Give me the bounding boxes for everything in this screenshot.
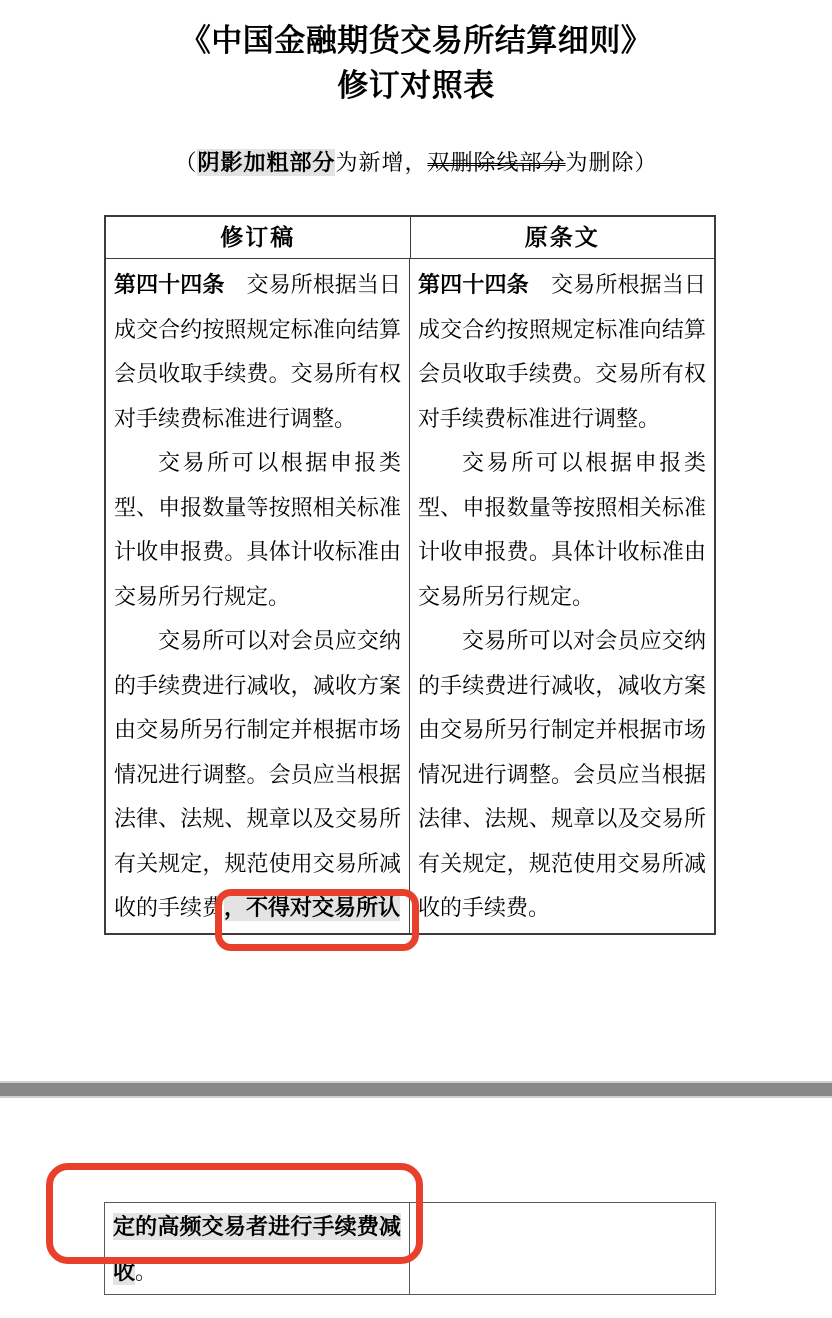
continuation-added-paragraph: 定的高频交易者进行手续费减收。 [113,1205,401,1294]
revised-paragraph-2: 交易所可以根据申报类型、申报数量等按照相关标准计收申报费。具体计收标准由交易所另… [114,441,401,619]
table-header-row: 修订稿 原条文 [106,217,714,259]
original-column-cell: 第四十四条 交易所根据当日成交合约按照规定标准向结算会员收取手续费。交易所有权对… [410,259,714,933]
revised-added-text-highlight: ，不得对交易所认 [224,894,400,921]
revised-paragraph-3: 交易所可以对会员应交纳的手续费进行减收，减收方案由交易所另行制定并根据市场情况进… [114,619,401,931]
doc-title: 《中国金融期货交易所结算细则》 修订对照表 [0,18,832,108]
revised-article-number: 第四十四条 [114,272,224,297]
revised-paragraph-1: 第四十四条 交易所根据当日成交合约按照规定标准向结算会员收取手续费。交易所有权对… [114,263,401,441]
legend-added-sample: 阴影加粗部分 [197,149,335,176]
document-page: 《中国金融期货交易所结算细则》 修订对照表 （阴影加粗部分为新增，双删除线部分为… [0,0,832,1318]
original-article-number: 第四十四条 [418,272,529,297]
original-paragraph-1: 第四十四条 交易所根据当日成交合约按照规定标准向结算会员收取手续费。交易所有权对… [418,263,706,441]
continuation-original-cell [410,1203,715,1294]
comparison-table: 修订稿 原条文 第四十四条 交易所根据当日成交合约按照规定标准向结算会员收取手续… [104,215,716,935]
continuation-table: 定的高频交易者进行手续费减收。 [104,1202,716,1295]
revised-paragraph-3-text: 交易所可以对会员应交纳的手续费进行减收，减收方案由交易所另行制定并根据市场情况进… [114,628,401,920]
legend-deleted-label: 为删除 [566,150,635,175]
legend-close-paren: ） [635,150,658,175]
doc-title-line1: 《中国金融期货交易所结算细则》 [0,18,832,63]
column-header-revised: 修订稿 [106,217,411,258]
legend-open-paren: （ [174,150,197,175]
revised-column-cell: 第四十四条 交易所根据当日成交合约按照规定标准向结算会员收取手续费。交易所有权对… [106,259,410,933]
table-body-row: 第四十四条 交易所根据当日成交合约按照规定标准向结算会员收取手续费。交易所有权对… [106,259,714,933]
continuation-revised-cell: 定的高频交易者进行手续费减收。 [105,1203,410,1294]
continuation-period: 。 [135,1259,157,1284]
doc-title-line2: 修订对照表 [0,63,832,108]
page-separator [0,1081,832,1098]
legend-deleted-sample: 双删除线部分 [428,150,566,175]
legend-added-label: 为新增， [335,150,427,175]
original-paragraph-3: 交易所可以对会员应交纳的手续费进行减收，减收方案由交易所另行制定并根据市场情况进… [418,619,706,931]
column-header-original: 原条文 [411,217,715,258]
legend-note: （阴影加粗部分为新增，双删除线部分为删除） [0,145,832,181]
original-paragraph-2: 交易所可以根据申报类型、申报数量等按照相关标准计收申报费。具体计收标准由交易所另… [418,441,706,619]
